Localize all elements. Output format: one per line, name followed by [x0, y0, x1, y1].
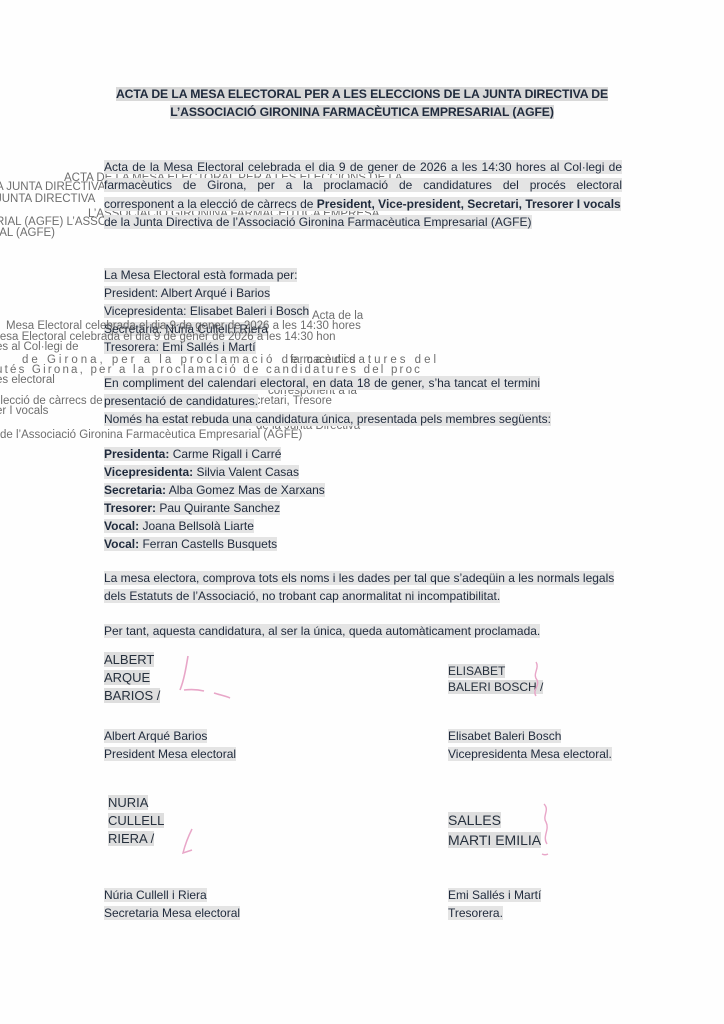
mesa-member: President: Albert Arqué i Barios: [104, 284, 270, 302]
document-title-line-2: L’ASSOCIACIÓ GIRONINA FARMACÈUTICA EMPRE…: [0, 104, 724, 121]
ocr-overlay-text: er I vocals: [0, 405, 48, 417]
signer-role: President Mesa electoral: [104, 745, 236, 763]
ocr-overlay-text: es electoral: [0, 374, 55, 386]
document-title-line-1: ACTA DE LA MESA ELECTORAL PER A LES ELEC…: [0, 86, 724, 103]
candidate-entry: Presidenta: Carme Rigall i Carré: [104, 445, 281, 463]
verification-line-2: dels Estatuts de l’Associació, no troban…: [104, 587, 500, 605]
candidate-entry: Vicepresidenta: Silvia Valent Casas: [104, 463, 299, 481]
signer-role: Vicepresidenta Mesa electoral.: [448, 745, 612, 763]
signer-role: Tresorera.: [448, 904, 503, 922]
mesa-heading: La Mesa Electoral està formada per:: [104, 266, 297, 284]
signer-name: Albert Arqué Barios: [104, 727, 207, 745]
signer-role: Secretaria Mesa electoral: [104, 904, 240, 922]
signature-stamp-treasurer: SALLES MARTI EMILIA: [448, 810, 541, 850]
intro-line-1: Acta de la Mesa Electoral celebrada el d…: [104, 158, 622, 176]
intro-line-2: farmacèutics de Girona, per a la proclam…: [104, 176, 622, 194]
handwritten-signature-icon: [176, 825, 206, 860]
candidate-entry: Secretaria: Alba Gomez Mas de Xarxans: [104, 481, 325, 499]
signature-stamp-president: ALBERT ARQUE BARIOS /: [104, 651, 160, 705]
candidate-entry: Vocal: Joana Bellsolà Liarte: [104, 517, 254, 535]
ocr-overlay-text: es al Col·legi de: [0, 341, 78, 353]
ocr-overlay-text: JUNTA DIRECTIVA: [0, 193, 95, 205]
intro-line-4: de la Junta Directiva de l’Associació Gi…: [104, 213, 532, 231]
candidate-entry: Vocal: Ferran Castells Busquets: [104, 535, 277, 553]
handwritten-signature-icon: [170, 650, 240, 710]
verification-line-1: La mesa electora, comprova tots els noms…: [104, 569, 614, 587]
signer-name: Núria Cullell i Riera: [104, 886, 207, 904]
handwritten-signature-icon: [528, 660, 548, 700]
handwritten-signature-icon: [536, 800, 558, 860]
ocr-overlay-text: farmacèutics: [290, 354, 355, 366]
proclamation-text: Per tant, aquesta candidatura, al ser la…: [104, 622, 540, 640]
ocr-overlay-text: de l’Associació Gironina Farmacèutica Em…: [0, 429, 302, 441]
intro-line-3: corresponent a la elecció de càrrecs de …: [104, 195, 621, 213]
ocr-overlay-text: IAL (AGFE): [0, 227, 55, 239]
compliment-line-2: presentació de candidatures.: [104, 392, 258, 410]
mesa-member: Vicepresidenta: Elisabet Baleri i Bosch: [104, 302, 309, 320]
signature-stamp-secretary: NURIA CULLELL RIERA /: [108, 794, 164, 848]
candidate-entry: Tresorer: Pau Quirante Sanchez: [104, 499, 280, 517]
signer-name: Emi Sallés i Martí: [448, 886, 541, 904]
signer-name: Elisabet Baleri Bosch: [448, 727, 561, 745]
compliment-line-3: Només ha estat rebuda una candidatura ún…: [104, 410, 551, 428]
